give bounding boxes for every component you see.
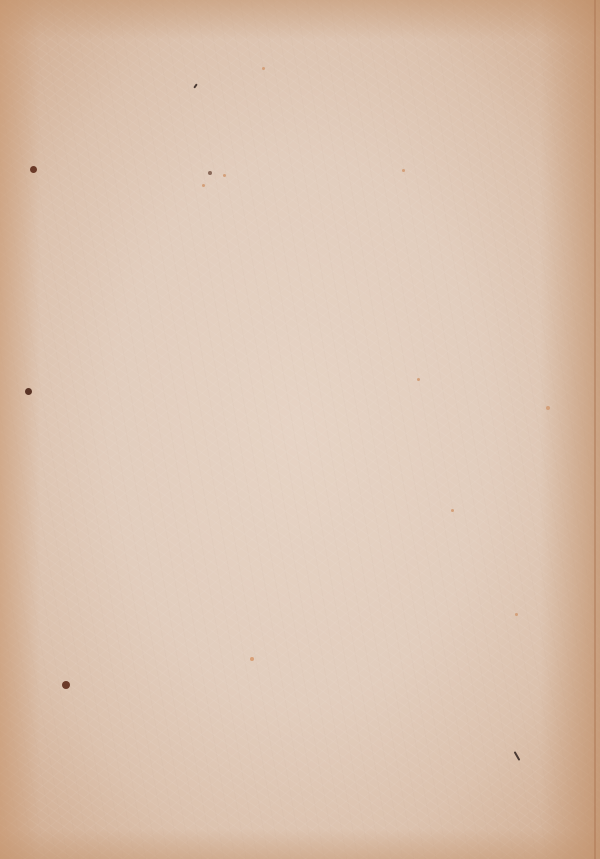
foxing-spot — [223, 174, 226, 177]
foxing-spot — [202, 184, 205, 187]
foxing-spot — [402, 169, 405, 172]
foxing-spot — [262, 67, 265, 70]
foxing-spot — [208, 171, 212, 175]
foxing-spot — [546, 406, 550, 410]
page-fold-line — [594, 0, 596, 859]
foxing-spot — [417, 378, 420, 381]
foxing-spot — [30, 166, 37, 173]
foxing-spot — [62, 681, 70, 689]
foxing-spot — [250, 657, 254, 661]
paper-edge-left — [0, 0, 40, 859]
foxing-spot — [25, 388, 32, 395]
paper-edge-right — [540, 0, 600, 859]
foxing-spot — [515, 613, 518, 616]
paper-edge-bottom — [0, 829, 600, 859]
foxing-spot — [451, 509, 454, 512]
paper-texture — [0, 0, 600, 859]
scanned-page — [0, 0, 600, 859]
paper-edge-top — [0, 0, 600, 40]
